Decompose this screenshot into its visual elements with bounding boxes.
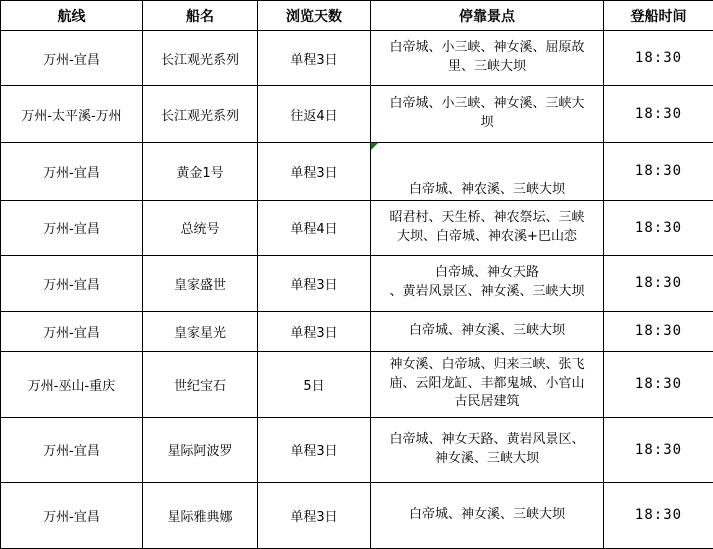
column-header-days: 浏览天数 <box>258 1 371 31</box>
days-cell: 5日 <box>258 351 371 417</box>
stops-cell: 白帝城、小三峡、神女溪、屈原故 里、三峡大坝 <box>371 31 604 86</box>
stops-cell: 昭君村、天生桥、神农祭坛、三峡 大坝、白帝城、神农溪+巴山恋 <box>371 200 604 255</box>
table-row: 万州-宜昌 长江观光系列 单程3日 白帝城、小三峡、神女溪、屈原故 里、三峡大坝… <box>1 31 713 86</box>
stops-cell: 白帝城、小三峡、神女溪、三峡大 坝 <box>371 86 604 143</box>
days-cell: 单程4日 <box>258 200 371 255</box>
days-cell: 单程3日 <box>258 143 371 201</box>
ship-cell: 总统号 <box>143 200 258 255</box>
days-cell: 单程3日 <box>258 311 371 351</box>
boarding-time-cell: 18:30 <box>604 200 713 255</box>
route-cell: 万州-宜昌 <box>1 255 143 311</box>
route-cell: 万州-宜昌 <box>1 311 143 351</box>
ship-cell: 星际阿波罗 <box>143 417 258 482</box>
table-row: 万州-宜昌 黄金1号 单程3日 白帝城、神农溪、三峡大坝 18:30 <box>1 143 713 201</box>
route-cell: 万州-宜昌 <box>1 200 143 255</box>
route-cell: 万州-宜昌 <box>1 31 143 86</box>
stops-cell: 白帝城、神女溪、三峡大坝 <box>371 482 604 548</box>
ship-cell: 世纪宝石 <box>143 351 258 417</box>
boarding-time-cell: 18:30 <box>604 417 713 482</box>
ship-cell: 长江观光系列 <box>143 86 258 143</box>
days-cell: 单程3日 <box>258 255 371 311</box>
cell-flag-icon <box>371 143 378 150</box>
boarding-time-cell: 18:30 <box>604 482 713 548</box>
boarding-time-cell: 18:30 <box>604 311 713 351</box>
ship-cell: 星际雅典娜 <box>143 482 258 548</box>
stops-cell: 白帝城、神农溪、三峡大坝 <box>371 143 604 201</box>
table-row: 万州-宜昌 星际阿波罗 单程3日 白帝城、神女天路、黄岩风景区、 神女溪、三峡大… <box>1 417 713 482</box>
table-row: 万州-宜昌 星际雅典娜 单程3日 白帝城、神女溪、三峡大坝 18:30 <box>1 482 713 548</box>
days-cell: 单程3日 <box>258 482 371 548</box>
ship-cell: 黄金1号 <box>143 143 258 201</box>
boarding-time-cell: 18:30 <box>604 255 713 311</box>
column-header-stops: 停靠景点 <box>371 1 604 31</box>
ship-cell: 长江观光系列 <box>143 31 258 86</box>
stops-cell: 白帝城、神女溪、三峡大坝 <box>371 311 604 351</box>
cruise-schedule-table: 航线 船名 浏览天数 停靠景点 登船时间 万州-宜昌 长江观光系列 单程3日 白… <box>0 0 713 549</box>
table-row: 万州-宜昌 皇家星光 单程3日 白帝城、神女溪、三峡大坝 18:30 <box>1 311 713 351</box>
stops-text: 白帝城、神农溪、三峡大坝 <box>409 182 565 197</box>
header-row: 航线 船名 浏览天数 停靠景点 登船时间 <box>1 1 713 31</box>
table-row: 万州-宜昌 总统号 单程4日 昭君村、天生桥、神农祭坛、三峡 大坝、白帝城、神农… <box>1 200 713 255</box>
route-cell: 万州-宜昌 <box>1 482 143 548</box>
ship-cell: 皇家星光 <box>143 311 258 351</box>
table-row: 万州-太平溪-万州 长江观光系列 往返4日 白帝城、小三峡、神女溪、三峡大 坝 … <box>1 86 713 143</box>
route-cell: 万州-宜昌 <box>1 143 143 201</box>
column-header-ship: 船名 <box>143 1 258 31</box>
days-cell: 往返4日 <box>258 86 371 143</box>
boarding-time-cell: 18:30 <box>604 143 713 201</box>
boarding-time-cell: 18:30 <box>604 31 713 86</box>
column-header-boarding-time: 登船时间 <box>604 1 713 31</box>
days-cell: 单程3日 <box>258 417 371 482</box>
boarding-time-cell: 18:30 <box>604 351 713 417</box>
table-row: 万州-宜昌 皇家盛世 单程3日 白帝城、神女天路 、黄岩风景区、神女溪、三峡大坝… <box>1 255 713 311</box>
ship-cell: 皇家盛世 <box>143 255 258 311</box>
stops-cell: 白帝城、神女天路、黄岩风景区、 神女溪、三峡大坝 <box>371 417 604 482</box>
route-cell: 万州-巫山-重庆 <box>1 351 143 417</box>
route-cell: 万州-宜昌 <box>1 417 143 482</box>
table-row: 万州-巫山-重庆 世纪宝石 5日 神女溪、白帝城、归来三峡、张飞 庙、云阳龙缸、… <box>1 351 713 417</box>
days-cell: 单程3日 <box>258 31 371 86</box>
route-cell: 万州-太平溪-万州 <box>1 86 143 143</box>
stops-cell: 神女溪、白帝城、归来三峡、张飞 庙、云阳龙缸、丰都鬼城、小官山 古民居建筑 <box>371 351 604 417</box>
stops-cell: 白帝城、神女天路 、黄岩风景区、神女溪、三峡大坝 <box>371 255 604 311</box>
column-header-route: 航线 <box>1 1 143 31</box>
boarding-time-cell: 18:30 <box>604 86 713 143</box>
